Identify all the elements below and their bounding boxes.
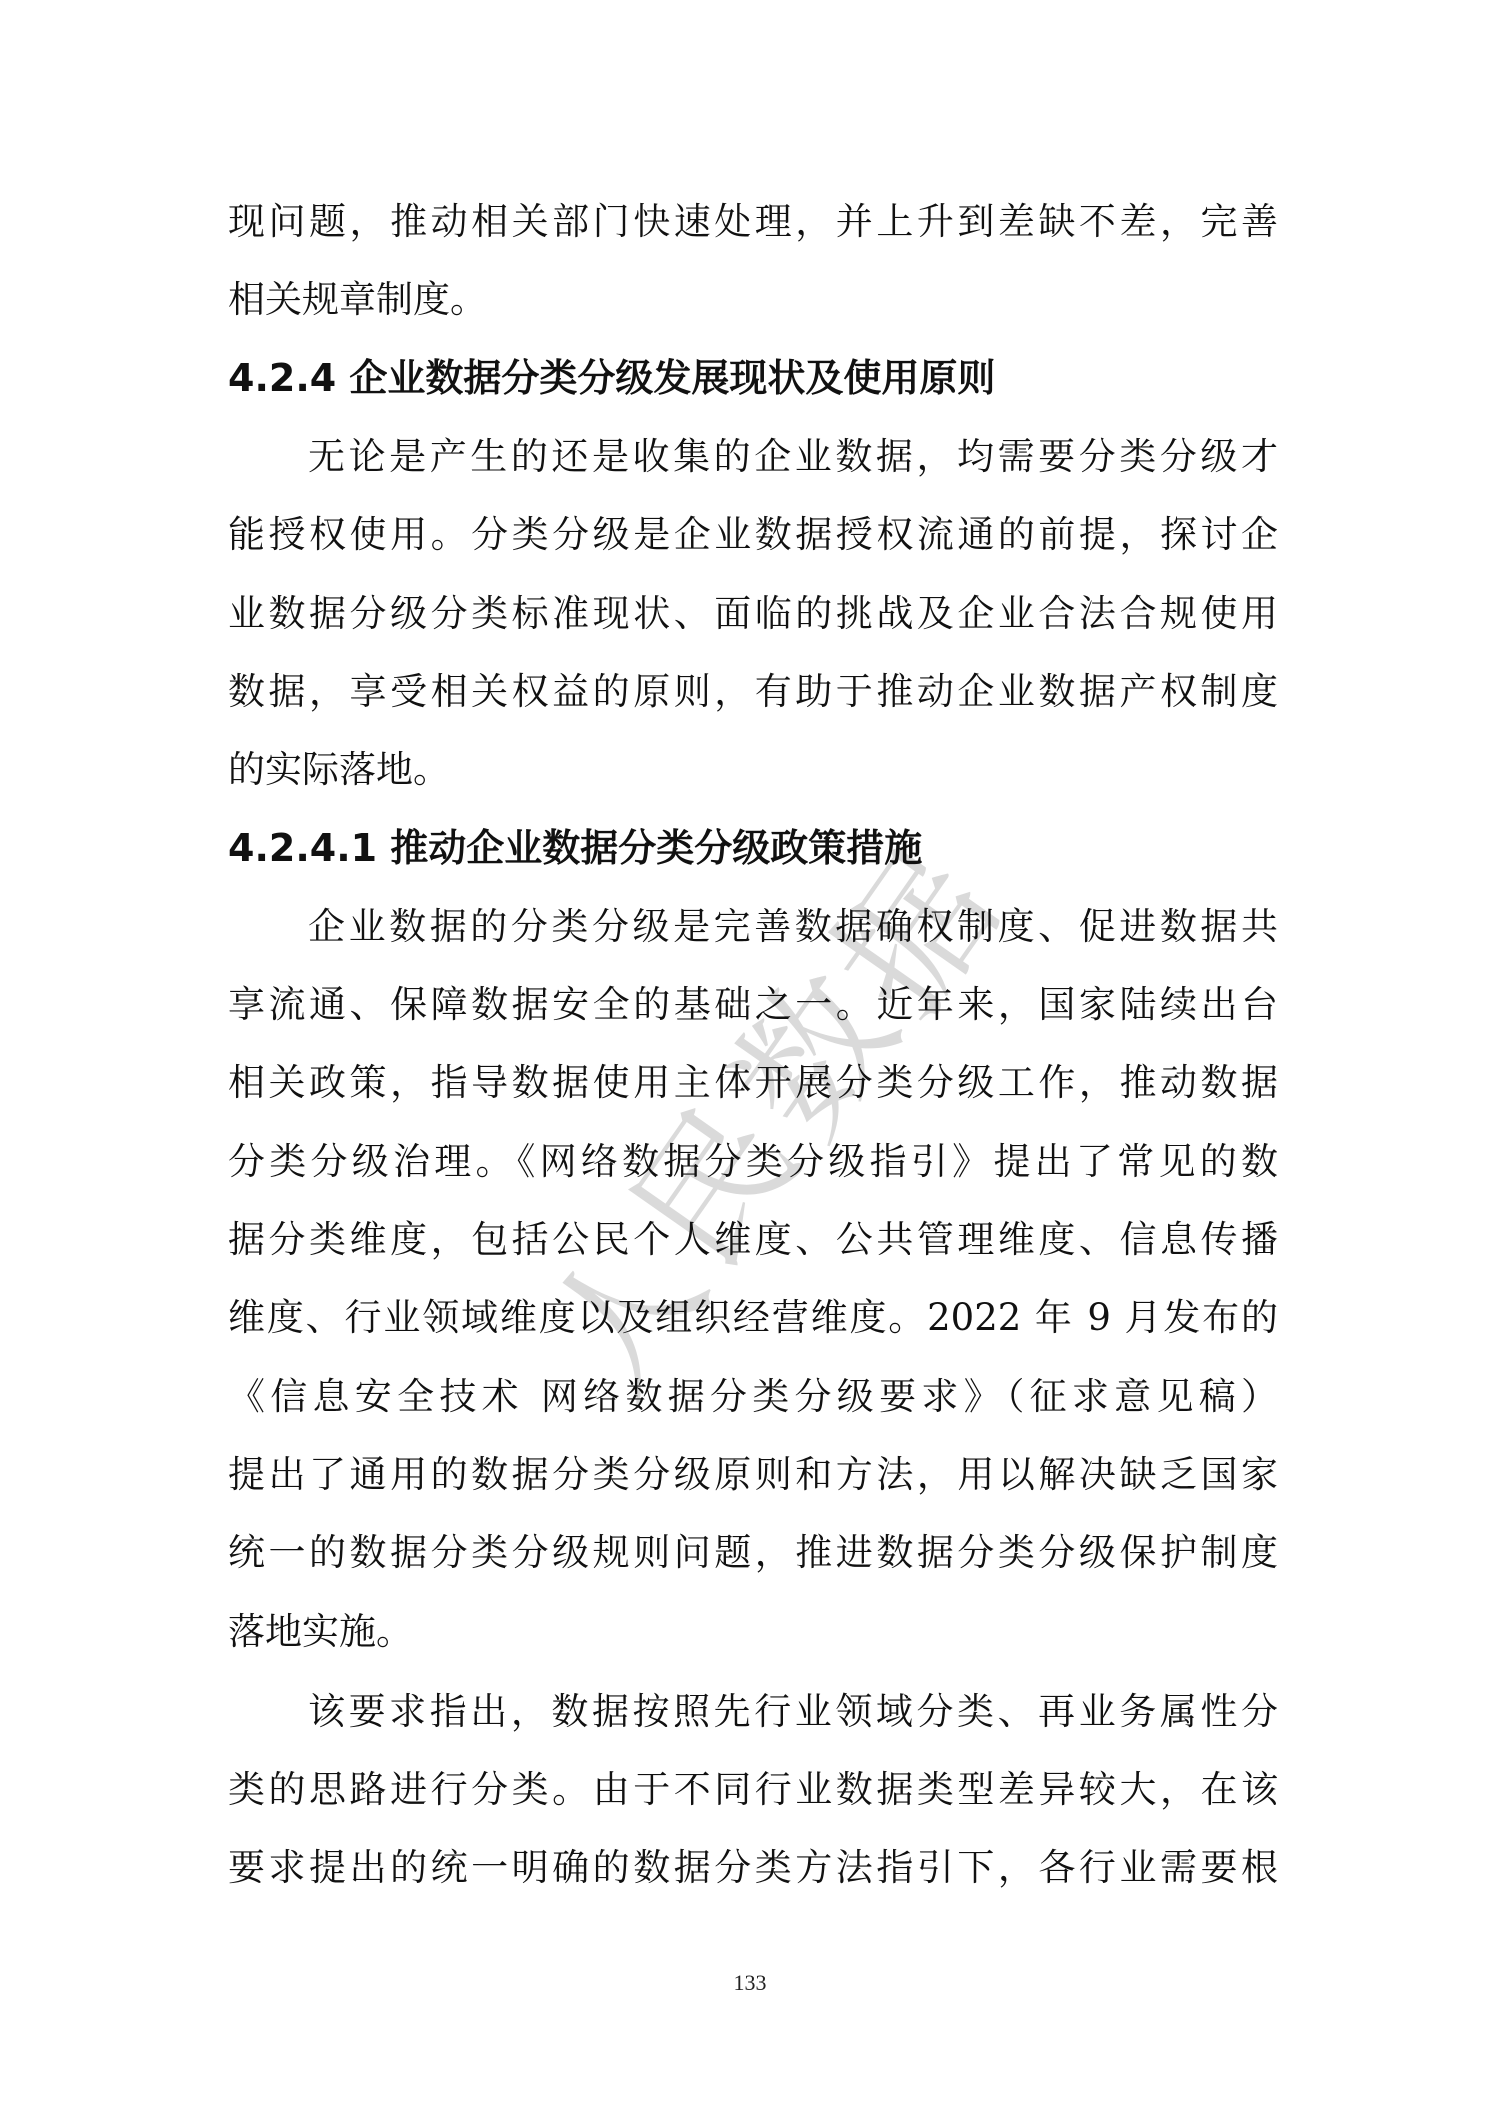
text-line: 数据，享受相关权益的原则，有助于推动企业数据产权制度 [228, 670, 1278, 714]
text-line: 类的思路进行分类。由于不同行业数据类型差异较大，在该 [228, 1768, 1278, 1812]
text-line: 能授权使用。分类分级是企业数据授权流通的前提，探讨企 [228, 513, 1278, 557]
text-line: 分类分级治理。《网络数据分类分级指引》提出了常见的数 [228, 1140, 1278, 1184]
text-line: 相关政策，指导数据使用主体开展分类分级工作，推动数据 [228, 1061, 1278, 1105]
page-number: 133 [0, 1970, 1500, 1996]
text-line: 要求提出的统一明确的数据分类方法指引下，各行业需要根 [228, 1846, 1278, 1890]
document-page: 人 民 数 据 现问题，推动相关部门快速处理，并上升到差缺不差，完善 相关规章制… [0, 0, 1500, 2121]
text-line: 提出了通用的数据分类分级原则和方法，用以解决缺乏国家 [228, 1453, 1278, 1497]
text-line: 维度、行业领域维度以及组织经营维度。2022 年 9 月发布的 [228, 1296, 1278, 1340]
text-line: 该要求指出，数据按照先行业领域分类、再业务属性分 [308, 1690, 1278, 1734]
text-line: 无论是产生的还是收集的企业数据，均需要分类分级才 [308, 435, 1278, 479]
watermark-char: 数 [674, 925, 937, 1172]
text-line: 落地实施。 [228, 1610, 1278, 1654]
text-line: 的实际落地。 [228, 748, 1278, 792]
text-line: 《信息安全技术 网络数据分类分级要求》（征求意见稿） [228, 1375, 1278, 1419]
text-line: 业数据分级分类标准现状、面临的挑战及企业合法合规使用 [228, 592, 1278, 636]
section-heading: 4.2.4 企业数据分类分级发展现状及使用原则 [228, 355, 995, 401]
text-line: 据分类维度，包括公民个人维度、公共管理维度、信息传播 [228, 1218, 1278, 1262]
text-line: 相关规章制度。 [228, 278, 1278, 322]
text-line: 统一的数据分类分级规则问题，推进数据分类分级保护制度 [228, 1531, 1278, 1575]
text-line: 企业数据的分类分级是完善数据确权制度、促进数据共 [308, 905, 1278, 949]
subsection-heading: 4.2.4.1 推动企业数据分类分级政策措施 [228, 825, 922, 871]
text-line: 现问题，推动相关部门快速处理，并上升到差缺不差，完善 [228, 200, 1278, 244]
text-line: 享流通、保障数据安全的基础之一。近年来，国家陆续出台 [228, 983, 1278, 1027]
